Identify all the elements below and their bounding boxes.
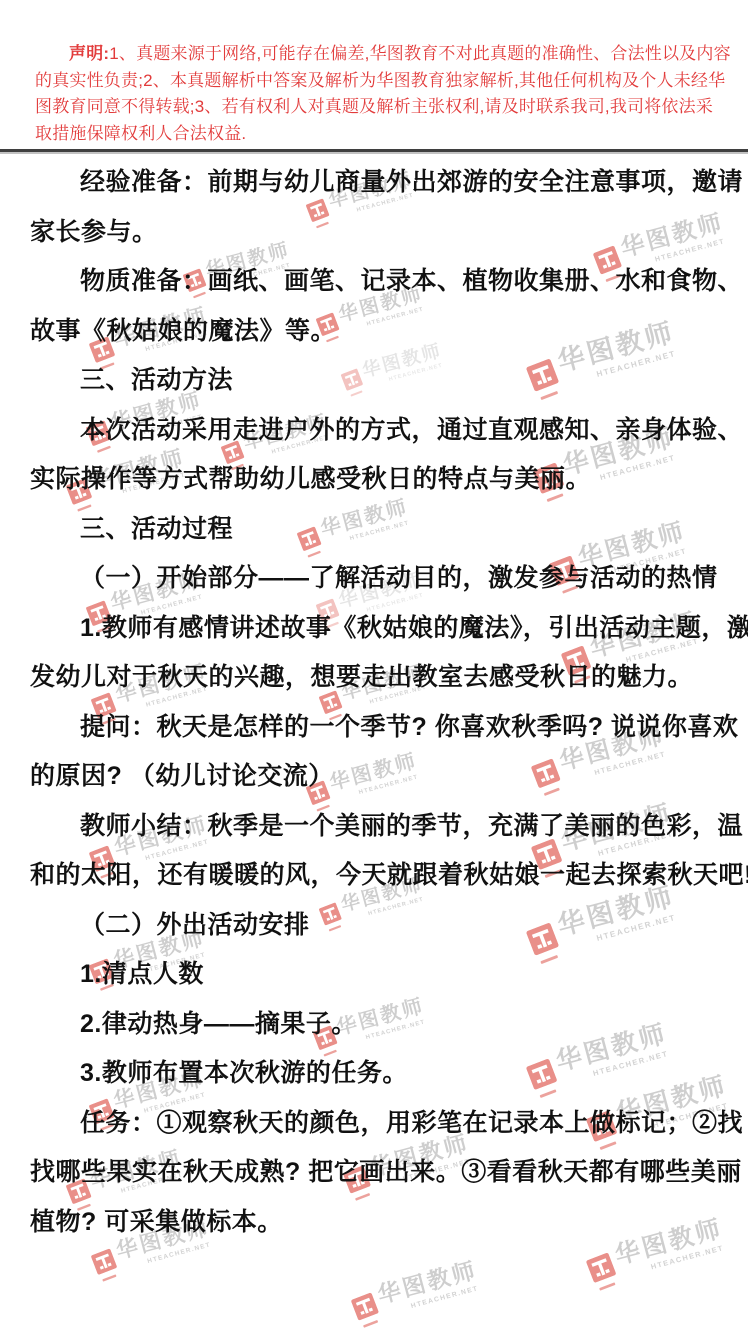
disclaimer-label: 声明: bbox=[69, 44, 109, 63]
disclaimer-line: 的真实性负责;2、本真题解析中答案及解析为华图教育独家解析,其他任何机构及个人未… bbox=[35, 68, 715, 95]
huatu-logo-icon bbox=[351, 1292, 383, 1328]
body-line: 2.律动热身——摘果子。 bbox=[30, 1000, 744, 1050]
body-line: 三、活动方法 bbox=[30, 356, 744, 406]
divider-line bbox=[0, 149, 748, 154]
body-line: 3.教师布置本次秋游的任务。 bbox=[30, 1049, 744, 1099]
body-line: 经验准备：前期与幼儿商量外出郊游的安全注意事项，邀请 bbox=[30, 158, 744, 208]
disclaimer-line: 图教育同意不得转载;3、若有权利人对真题及解析主张权利,请及时联系我司,我司将依… bbox=[35, 94, 715, 121]
body-line: 发幼儿对于秋天的兴趣，想要走出教室去感受秋日的魅力。 bbox=[30, 653, 744, 703]
body-line: 教师小结：秋季是一个美丽的季节，充满了美丽的色彩，温 bbox=[30, 802, 744, 852]
disclaimer: 声明:1、真题来源于网络,可能存在偏差,华图教育不对此真题的准确性、合法性以及内… bbox=[35, 41, 715, 147]
body-text: 经验准备：前期与幼儿商量外出郊游的安全注意事项，邀请家长参与。物质准备：画纸、画… bbox=[30, 158, 744, 1247]
watermark-subtext: HTEACHER.NET bbox=[410, 1283, 483, 1309]
body-line: （一）开始部分——了解活动目的，激发参与活动的热情 bbox=[30, 554, 744, 604]
body-line: 三、活动过程 bbox=[30, 505, 744, 555]
huatu-logo-icon bbox=[586, 1252, 620, 1291]
body-line: 1.教师有感情讲述故事《秋姑娘的魔法》，引出活动主题，激 bbox=[30, 604, 744, 654]
watermark-text: 华图教师 bbox=[375, 1259, 479, 1308]
huatu-logo-icon bbox=[91, 1248, 121, 1282]
body-line: 找哪些果实在秋天成熟? 把它画出来。③看看秋天都有哪些美丽 bbox=[30, 1148, 744, 1198]
huatu-watermark: 华图教师HTEACHER.NET bbox=[350, 1259, 484, 1328]
body-line: 1.清点人数 bbox=[30, 950, 744, 1000]
disclaimer-line: 取措施保障权利人合法权益. bbox=[35, 121, 715, 148]
disclaimer-line: 声明:1、真题来源于网络,可能存在偏差,华图教育不对此真题的准确性、合法性以及内… bbox=[35, 41, 715, 68]
body-line: 任务：①观察秋天的颜色，用彩笔在记录本上做标记；②找 bbox=[30, 1099, 744, 1149]
body-line: 植物? 可采集做标本。 bbox=[30, 1198, 744, 1248]
body-line: 的原因? （幼儿讨论交流） bbox=[30, 752, 744, 802]
body-line: 家长参与。 bbox=[30, 208, 744, 258]
body-line: 物质准备：画纸、画笔、记录本、植物收集册、水和食物、 bbox=[30, 257, 744, 307]
body-line: 和的太阳，还有暖暖的风，今天就跟着秋姑娘一起去探索秋天吧! bbox=[30, 851, 744, 901]
body-line: （二）外出活动安排 bbox=[30, 901, 744, 951]
body-line: 故事《秋姑娘的魔法》等。 bbox=[30, 307, 744, 357]
body-line: 实际操作等方式帮助幼儿感受秋日的特点与美丽。 bbox=[30, 455, 744, 505]
body-line: 本次活动采用走进户外的方式，通过直观感知、亲身体验、 bbox=[30, 406, 744, 456]
body-line: 提问：秋天是怎样的一个季节? 你喜欢秋季吗? 说说你喜欢 bbox=[30, 703, 744, 753]
